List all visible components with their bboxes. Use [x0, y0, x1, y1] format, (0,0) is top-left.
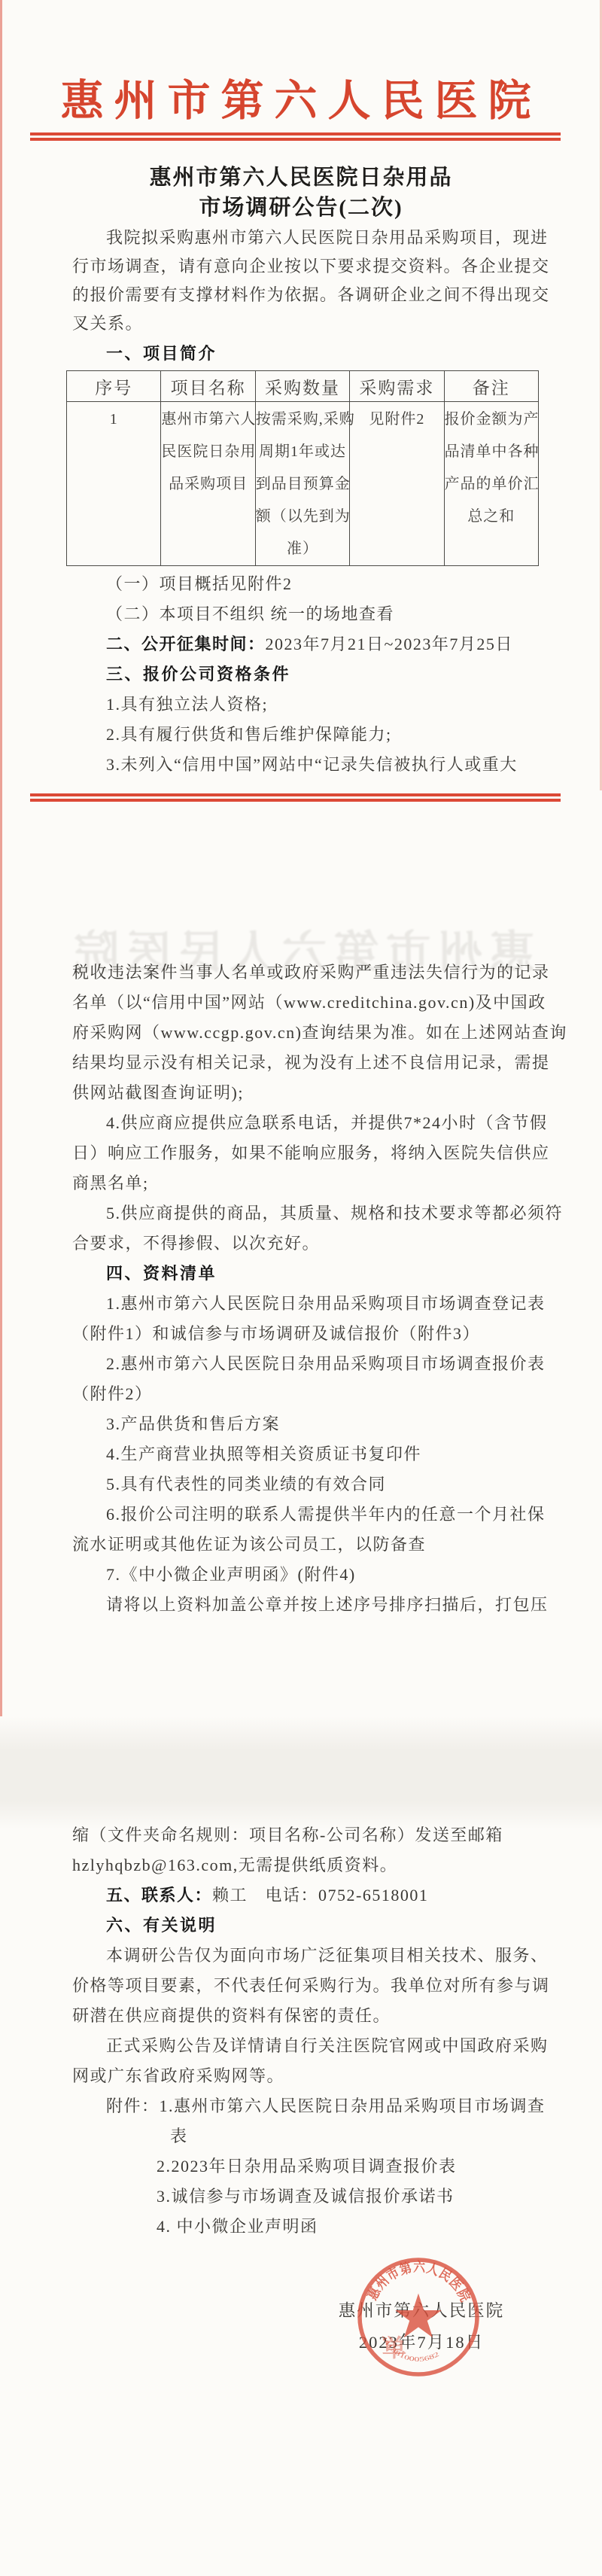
cell-seq: 1 — [67, 402, 161, 566]
cell-note: 报价金额为产 品清单中各种 产品的单价汇 总之和 — [444, 402, 538, 566]
intro-line: 行市场调查，请有意向企业按以下要求提交资料。各企业提交 — [72, 252, 542, 281]
col-header-req: 采购需求 — [350, 371, 444, 402]
page2-letterhead-rule — [30, 793, 561, 802]
body-line: 名单（以“信用中国”网站（www.creditchina.gov.cn)及中国政 — [72, 988, 542, 1018]
official-seal: 惠州市第六人民医院 4413810005682 单 — [356, 2256, 481, 2378]
col-header-seq: 序号 — [67, 371, 161, 402]
contact-label: 五、联系人： — [106, 1886, 212, 1905]
section1-item: （二）本项目不组织 统一的场地查看 — [72, 599, 542, 629]
project-table: 序号 项目名称 采购数量 采购需求 备注 1 惠州市第六人 民医院日杂用 品采购… — [66, 370, 539, 566]
body-line: hzlyhqbzb@163.com,无需提供纸质资料。 — [72, 1850, 542, 1880]
attachment-item: 3.诚信参与市场调查及诚信报价承诺书 — [72, 2182, 542, 2212]
contact-value: 赖工 电话：0752-6518001 — [212, 1886, 428, 1905]
body-line: 商黑名单; — [72, 1168, 542, 1198]
body-line: 日）响应工作服务，如果不能响应服务，将纳入医院失信供应 — [72, 1138, 542, 1168]
body-line: 税收违法案件当事人名单或政府采购严重违法失信行为的记录 — [72, 958, 542, 988]
body-line: 合要求，不得掺假、以次充好。 — [72, 1229, 542, 1259]
table-row: 1 惠州市第六人 民医院日杂用 品采购项目 按需采购,采购 周期1年或达 到品目… — [67, 402, 539, 566]
section2-line: 二、公开征集时间：2023年7月21日~2023年7月25日 — [72, 629, 542, 659]
material-item: 3.产品供货和售后方案 — [72, 1409, 542, 1439]
page-break-shadow — [0, 1716, 602, 1829]
col-header-note: 备注 — [444, 371, 538, 402]
page3-body: 缩（文件夹命名规则：项目名称-公司名称）发送至邮箱 hzlyhqbzb@163.… — [72, 1820, 542, 2242]
body-line: 价格等项目要素，不代表任何采购行为。我单位对所有参与调 — [72, 1971, 542, 2001]
intro-line: 叉关系。 — [72, 309, 542, 338]
section6-heading: 六、有关说明 — [72, 1911, 542, 1941]
body-line: 研潜在供应商提供的资料有保密的责任。 — [72, 2001, 542, 2031]
material-item: 流水证明或其他佐证为该公司员工，以防备查 — [72, 1530, 542, 1560]
section1-heading-wrap: 一、项目简介 — [72, 339, 542, 369]
section2-value: 2023年7月21日~2023年7月25日 — [266, 635, 513, 653]
body-line: 供网站截图查询证明); — [72, 1078, 542, 1108]
page1-list: （一）项目概括见附件2 （二）本项目不组织 统一的场地查看 二、公开征集时间：2… — [72, 569, 542, 780]
seal-star-icon — [395, 2294, 442, 2338]
body-line: 本调研公告仅为面向市场广泛征集项目相关技术、服务、 — [72, 1941, 542, 1971]
contact-line: 五、联系人：赖工 电话：0752-6518001 — [72, 1880, 542, 1911]
body-line: 请将以上资料加盖公章并按上述序号排序扫描后，打包压 — [72, 1590, 542, 1620]
body-line: 缩（文件夹命名规则：项目名称-公司名称）发送至邮箱 — [72, 1820, 542, 1850]
document-title: 惠州市第六人民医院日杂用品 市场调研公告(二次) — [0, 163, 602, 223]
intro-paragraph: 我院拟采购惠州市第六人民医院日杂用品采购项目，现进 行市场调查，请有意向企业按以… — [72, 224, 542, 338]
condition-item: 1.具有独立法人资格; — [72, 690, 542, 720]
condition-item: 2.具有履行供货和售后维护保障能力; — [72, 720, 542, 750]
letterhead-hospital-name: 惠州市第六人民医院 — [0, 66, 602, 119]
attachment-list-first: 附件：1.惠州市第六人民医院日杂用品采购项目市场调查 — [72, 2091, 542, 2121]
body-line: 正式采购公告及详情请自行关注医院官网或中国政府采购 — [72, 2031, 542, 2061]
body-line: 5.供应商提供的商品，其质量、规格和技术要求等都必须符 — [72, 1198, 542, 1229]
section2-label: 二、公开征集时间： — [106, 635, 266, 653]
body-line: 网或广东省政府采购网等。 — [72, 2061, 542, 2091]
cell-req: 见附件2 — [350, 402, 444, 566]
seal-inner-glyph: 单 — [382, 2334, 406, 2361]
attachment-continuation: 表 — [72, 2121, 542, 2151]
document-title-line1: 惠州市第六人民医院日杂用品 — [0, 163, 602, 193]
intro-line: 的报价需要有支撑材料作为依据。各调研企业之间不得出现交 — [72, 281, 542, 309]
document-scan: 惠州市第六人民医院 惠州市第六人民医院日杂用品 市场调研公告(二次) 我院拟采购… — [0, 0, 602, 2576]
section4-heading: 四、资料清单 — [72, 1259, 542, 1289]
letterhead-rule — [30, 132, 561, 141]
scan-edge-artifact-left — [0, 0, 2, 1754]
section3-heading: 三、报价公司资格条件 — [72, 659, 542, 690]
col-header-name: 项目名称 — [161, 371, 255, 402]
section1-heading: 一、项目简介 — [72, 339, 542, 369]
section1-item: （一）项目概括见附件2 — [72, 569, 542, 599]
intro-line: 我院拟采购惠州市第六人民医院日杂用品采购项目，现进 — [72, 224, 542, 252]
material-item: 2.惠州市第六人民医院日杂用品采购项目市场调查报价表 — [72, 1349, 542, 1379]
material-item: 1.惠州市第六人民医院日杂用品采购项目市场调查登记表 — [72, 1289, 542, 1319]
material-item: （附件2） — [72, 1379, 542, 1409]
material-item: （附件1）和诚信参与市场调研及诚信报价（附件3） — [72, 1319, 542, 1349]
body-line: 府采购网（www.ccgp.gov.cn)查询结果为准。如在上述网站查询 — [72, 1018, 542, 1048]
attachment-item: 4. 中小微企业声明函 — [72, 2212, 542, 2242]
col-header-qty: 采购数量 — [255, 371, 349, 402]
page2-body: 税收违法案件当事人名单或政府采购严重违法失信行为的记录 名单（以“信用中国”网站… — [72, 958, 542, 1620]
table-header-row: 序号 项目名称 采购数量 采购需求 备注 — [67, 371, 539, 402]
material-item: 4.生产商营业执照等相关资质证书复印件 — [72, 1439, 542, 1469]
attachment-item: 2.2023年日杂用品采购项目调查报价表 — [72, 2151, 542, 2182]
cell-qty: 按需采购,采购 周期1年或达 到品目预算金 额（以先到为 准） — [255, 402, 349, 566]
document-title-line2: 市场调研公告(二次) — [0, 193, 602, 223]
material-item: 5.具有代表性的同类业绩的有效合同 — [72, 1469, 542, 1500]
body-line: 结果均显示没有相关记录，视为没有上述不良信用记录，需提 — [72, 1048, 542, 1078]
condition-item: 3.未列入“信用中国”网站中“记录失信被执行人或重大 — [72, 750, 542, 780]
material-item: 6.报价公司注明的联系人需提供半年内的任意一个月社保 — [72, 1500, 542, 1530]
body-line: 4.供应商应提供应急联系电话，并提供7*24小时（含节假 — [72, 1108, 542, 1138]
cell-name: 惠州市第六人 民医院日杂用 品采购项目 — [161, 402, 255, 566]
material-item: 7.《中小微企业声明函》(附件4) — [72, 1560, 542, 1590]
